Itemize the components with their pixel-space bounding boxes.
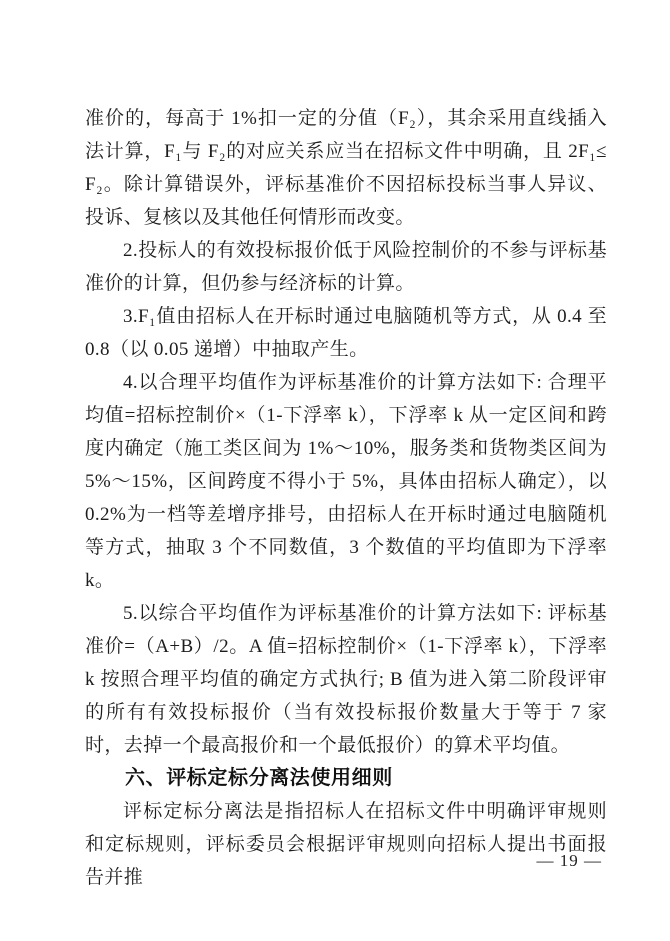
section-heading-six: 六、评标定标分离法使用细则 [85,762,607,795]
paragraph-continuation: 准价的，每高于 1%扣一定的分值（F₂），其余采用直线插入法计算，F₁与 F₂的… [85,102,607,234]
paragraph-section-six-intro: 评标定标分离法是指招标人在招标文件中明确评审规则和定标规则，评标委员会根据评审规… [85,795,607,894]
document-page: 准价的，每高于 1%扣一定的分值（F₂），其余采用直线插入法计算，F₁与 F₂的… [0,0,670,941]
text-block: 准价的，每高于 1%扣一定的分值（F₂），其余采用直线插入法计算，F₁与 F₂的… [85,102,607,894]
paragraph-item-2: 2.投标人的有效投标报价低于风险控制价的不参与评标基准价的计算，但仍参与经济标的… [85,234,607,300]
paragraph-item-3: 3.F₁值由招标人在开标时通过电脑随机等方式，从 0.4 至 0.8（以 0.0… [85,300,607,366]
paragraph-item-5: 5.以综合平均值作为评标基准价的计算方法如下: 评标基准价=（A+B）/2。A … [85,597,607,762]
paragraph-item-4: 4.以合理平均值作为评标基准价的计算方法如下: 合理平均值=招标控制价×（1-下… [85,366,607,597]
page-number: — 19 — [537,849,603,873]
